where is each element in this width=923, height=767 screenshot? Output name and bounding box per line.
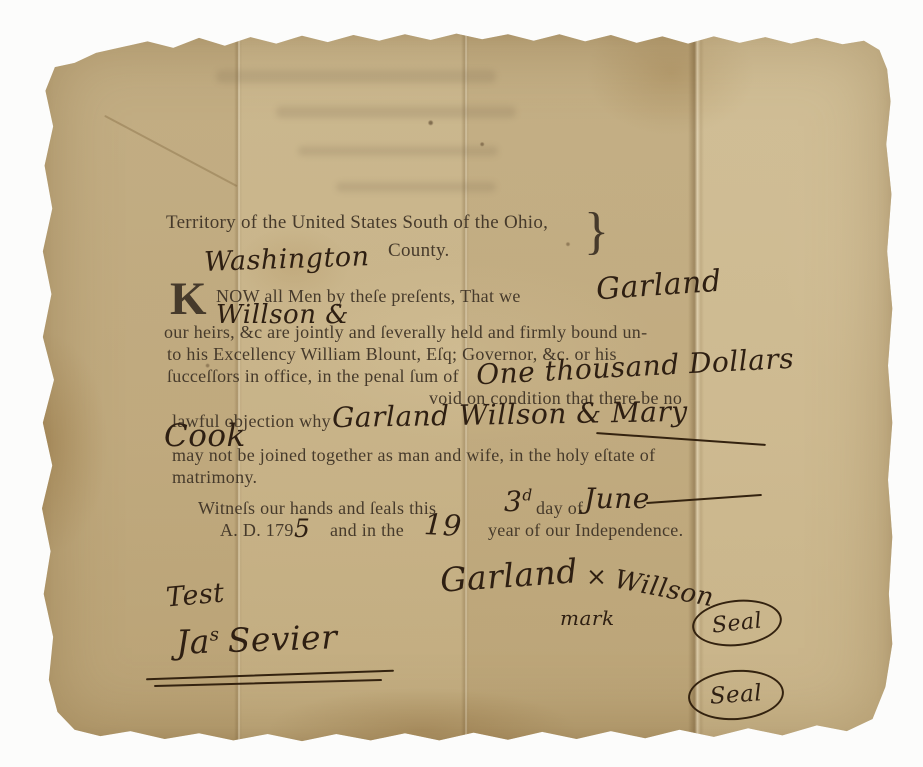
witness-signature: JasSevier (175, 617, 338, 662)
dropcap-K: K (170, 276, 207, 323)
brace-glyph: } (584, 206, 609, 258)
signature-mark-x: × (586, 562, 607, 591)
signature-groom: Garland (439, 551, 579, 600)
territory-line: Territory of the United States South of … (166, 212, 548, 234)
corner-crease (104, 115, 237, 187)
pen-flourish (596, 432, 766, 446)
penal-sum-line: ſucceſſors in office, in the penal ſum o… (167, 366, 459, 387)
county-label: County. (388, 240, 450, 262)
signature-underline-2 (154, 679, 382, 687)
witness-signature-prefix: Ja (175, 622, 210, 662)
groom-name-handwritten-1: Garland (595, 264, 723, 308)
heirs-line: our heirs, &c are jointly and ſeverally … (164, 322, 647, 343)
seal-label: Seal (709, 680, 763, 710)
attest-label: Test (165, 578, 226, 614)
day-of-label: day of (536, 498, 583, 519)
independence-line: year of our Independence. (488, 520, 683, 541)
witness-signature-superscript: s (209, 624, 220, 645)
ad-year-line: A. D. 179 (220, 520, 294, 541)
independence-year-handwritten: 19 (423, 507, 463, 543)
pen-flourish (646, 494, 762, 504)
scan-background: { "doc": { "printed": { "territory": "Te… (0, 0, 923, 767)
day-number-handwritten: 3d (504, 485, 533, 518)
joined-line: may not be joined together as man and wi… (172, 445, 655, 466)
bleed-through-smudge (336, 182, 496, 192)
year-digit-handwritten: 5 (294, 514, 310, 543)
document-paper: Territory of the United States South of … (36, 30, 894, 744)
day-suffix: d (522, 487, 532, 505)
witness-line: Witneſs our hands and ſeals this (198, 498, 436, 519)
day-number: 3 (504, 485, 522, 518)
bleed-through-smudge (298, 146, 498, 156)
mark-label: mark (560, 606, 615, 630)
seal-oval-2: Seal (686, 667, 785, 724)
bleed-through-smudge (276, 106, 516, 118)
seal-label: Seal (711, 608, 764, 638)
witness-signature-surname: Sevier (227, 617, 338, 660)
bleed-through-smudge (216, 70, 496, 83)
couple-names-handwritten: Garland Willson & Mary (332, 395, 688, 434)
fold-crease-2 (461, 30, 469, 744)
matrimony-line: matrimony. (172, 467, 257, 488)
county-name-handwritten: Washington (204, 241, 371, 278)
signature-underline-1 (146, 670, 394, 681)
signature-groom-surname: Willson (612, 565, 716, 614)
and-in-the-label: and in the (330, 520, 404, 541)
month-handwritten: June (584, 482, 650, 515)
